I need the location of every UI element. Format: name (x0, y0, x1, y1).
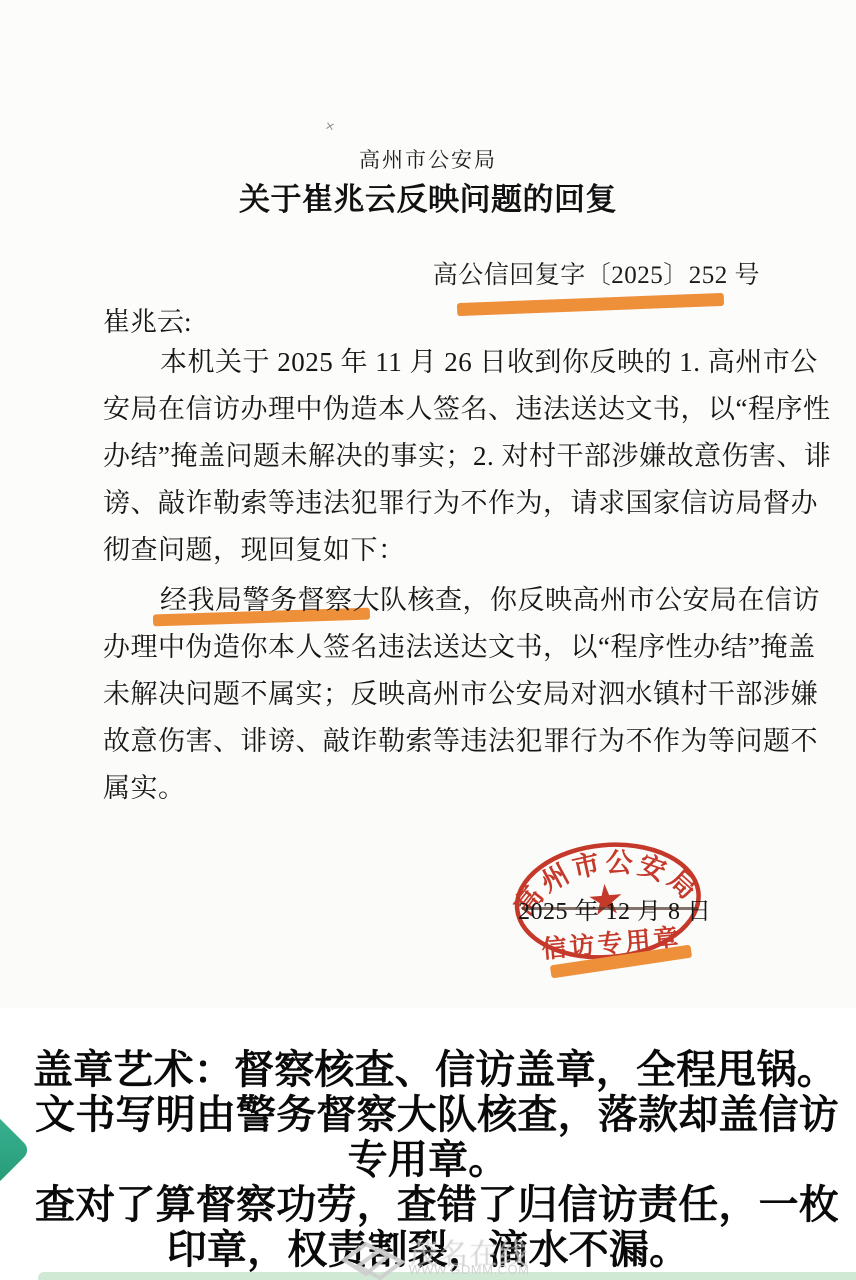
paragraph-line: 故意伤害、诽谤、敲诈勒索等违法犯罪行为不作为等问题不 (103, 718, 763, 765)
paragraph-line: 安局在信访办理中伪造本人签名、违法送达文书，以“程序性 (103, 386, 763, 433)
paragraph-line: 办结”掩盖问题未解决的事实；2. 对村干部涉嫌故意伤害、诽 (103, 433, 763, 480)
letter-paragraph-1: 本机关于 2025 年 11 月 26 日收到你反映的 1. 高州市公 安局在信… (103, 339, 763, 574)
paragraph-line: 彻查问题，现回复如下： (103, 527, 763, 574)
official-letter-page: × 高州市公安局 关于崔兆云反映问题的回复 高公信回复字〔2025〕252 号 … (0, 0, 856, 1010)
watermark-logo-icon (336, 1236, 408, 1280)
paragraph-line: 属实。 (103, 765, 763, 812)
orange-highlight-doc-number (457, 293, 724, 316)
paragraph-line: 未解决问题不属实；反映高州市公安局对泗水镇村干部涉嫌 (103, 671, 763, 718)
paragraph-line: 谤、敲诈勒索等违法犯罪行为不作为，请求国家信访局督办 (103, 480, 763, 527)
letter-paragraph-2: 经我局警务督察大队核查，你反映高州市公安局在信访 办理中伪造你本人签名违法送达文… (103, 577, 763, 812)
letter-salutation: 崔兆云: (103, 300, 192, 339)
watermark-url: WWW.GDMM.COM (408, 1262, 530, 1277)
paragraph-line: 本机关于 2025 年 11 月 26 日收到你反映的 1. 高州市公 (103, 339, 763, 386)
speck-mark: × (324, 118, 337, 134)
letter-title: 关于崔兆云反映问题的回复 (0, 174, 856, 219)
letter-doc-number: 高公信回复字〔2025〕252 号 (433, 255, 760, 291)
paragraph-line: 经我局警务督察大队核查，你反映高州市公安局在信访 (103, 577, 763, 624)
letter-org-name: 高州市公安局 (0, 144, 856, 174)
paragraph-line: 办理中伪造你本人签名违法送达文书，以“程序性办结”掩盖 (103, 624, 763, 671)
letter-date: 2025 年 12 月 8 日 (518, 891, 712, 926)
